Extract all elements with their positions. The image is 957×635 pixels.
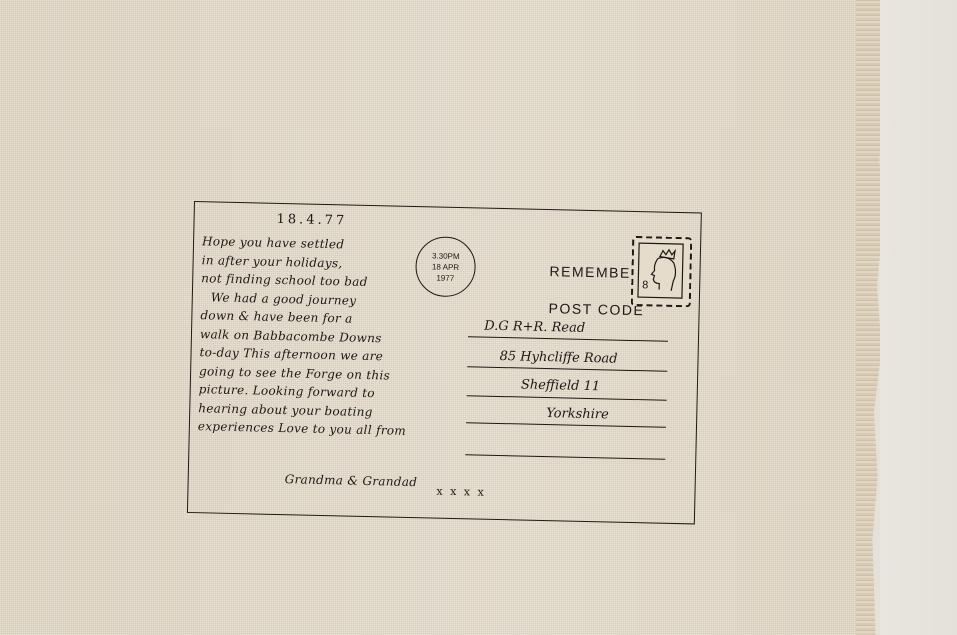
address-line: [468, 336, 668, 342]
address-street: 85 Hyhcliffe Road: [499, 349, 617, 367]
kisses: x x x x: [436, 485, 486, 499]
postmark-date: 18 APR: [432, 261, 459, 273]
postmark: 3.30PM 18 APR 1977: [415, 236, 476, 297]
address-county: Yorkshire: [546, 406, 609, 422]
address-line: [467, 366, 667, 372]
address-line: [466, 422, 666, 428]
postmark-time: 3.30PM: [432, 250, 460, 262]
wall-background: [880, 0, 957, 635]
postcard-date: 18.4.77: [276, 212, 347, 229]
address-city: Sheffield 11: [521, 377, 601, 394]
postmark-year: 1977: [436, 272, 454, 283]
address-name: D.G R+R. Read: [484, 319, 585, 336]
embroidered-postcard: 18.4.77 Hope you have settled in after y…: [187, 201, 702, 524]
svg-text:8: 8: [642, 279, 648, 291]
message-line: experiences Love to you all from: [198, 417, 407, 440]
postcard-message: Hope you have settled in after your holi…: [198, 232, 411, 440]
address-line: [467, 395, 667, 401]
address-line: [465, 454, 665, 460]
signature: Grandma & Grandad: [285, 472, 418, 489]
queen-profile-icon: 8: [637, 242, 684, 299]
postage-stamp: 8: [631, 236, 693, 307]
